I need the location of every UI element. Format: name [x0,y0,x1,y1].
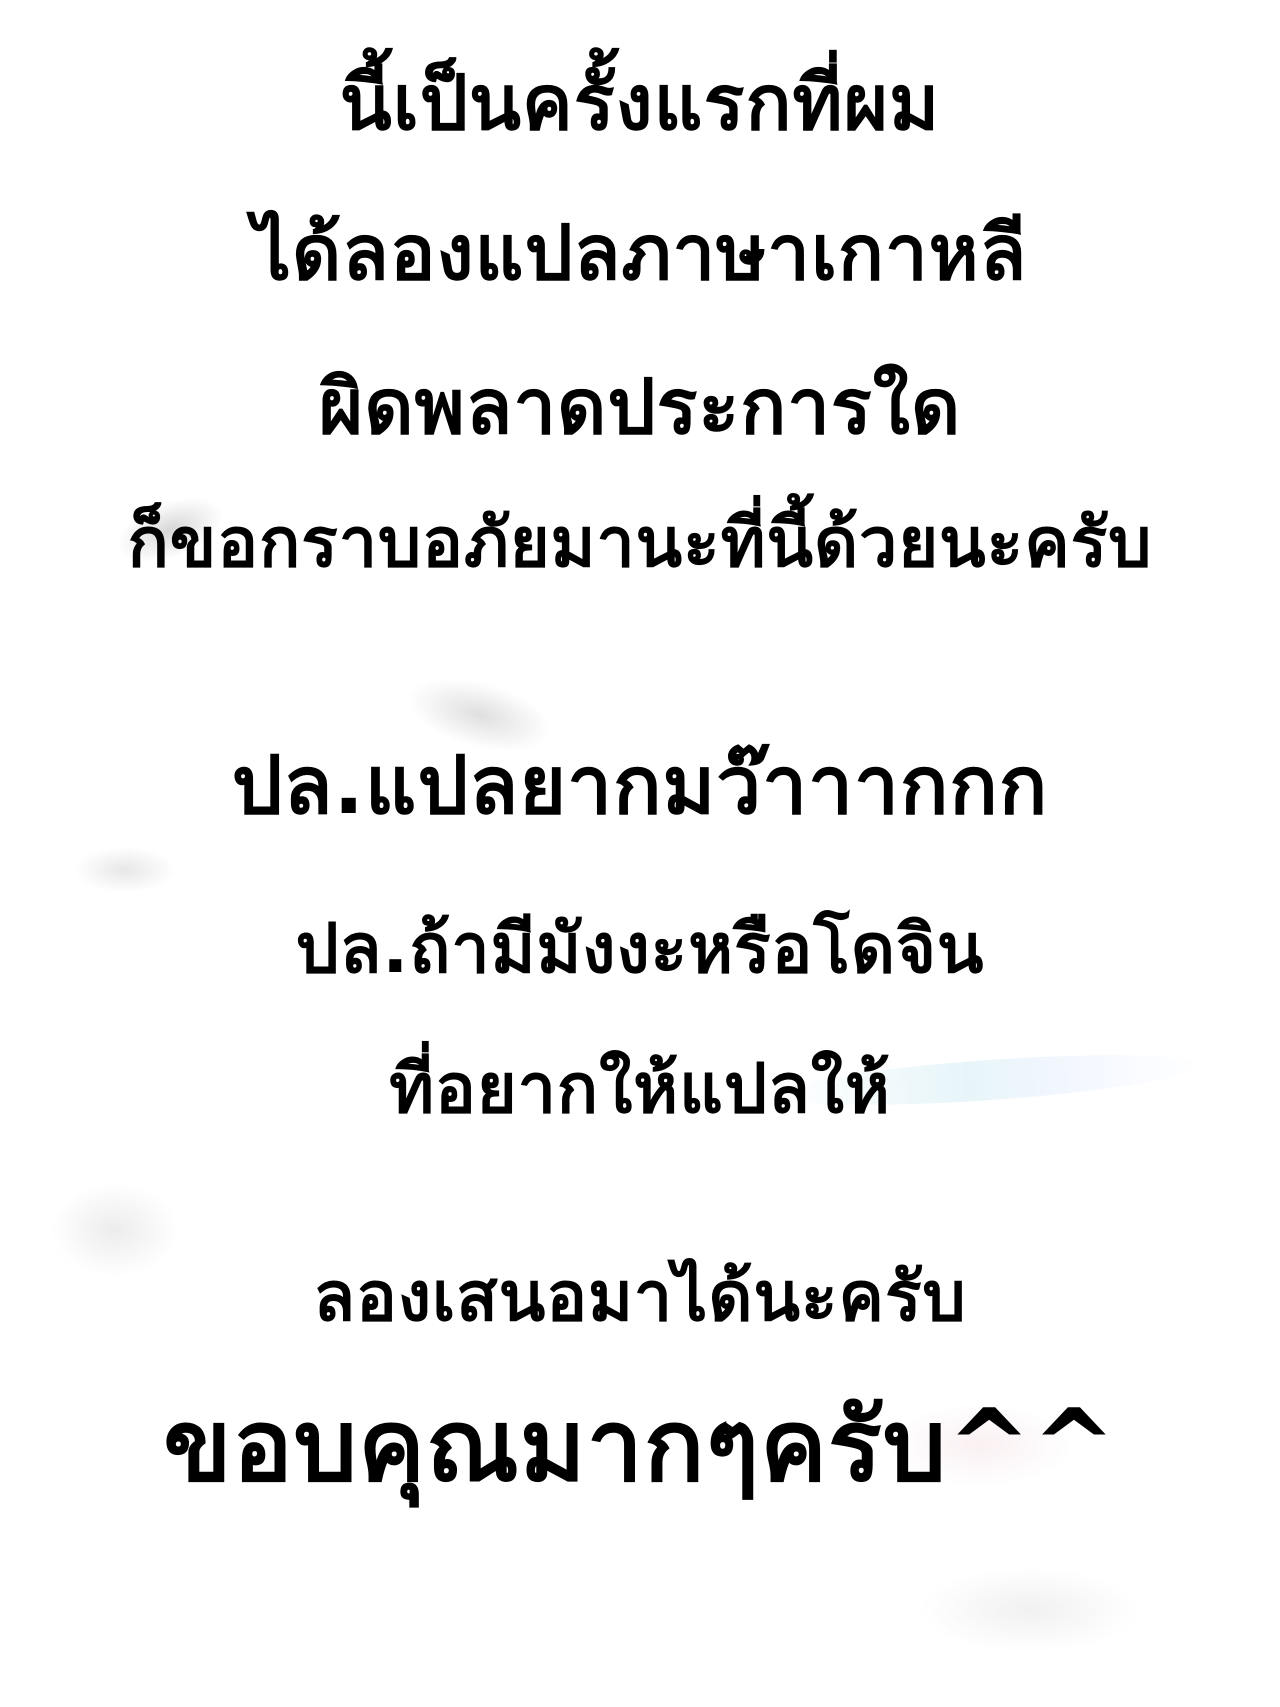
note-line-1: นี้เป็นครั้งแรกที่ผม [0,52,1280,155]
note-line-6-postscript: ปล.ถ้ามีมังงะหรือโดจิน [0,904,1280,996]
note-line-7: ที่อยากให้แปลให้ [0,1044,1280,1136]
note-line-2: ได้ลองแปลภาษาเกาหลี [0,202,1280,305]
note-line-9-thanks: ขอบคุณมากๆครับ^^ [0,1378,1280,1513]
note-line-8: ลองเสนอมาได้นะครับ [0,1252,1280,1344]
note-line-3: ผิดพลาดประการใด [0,356,1280,459]
scan-smudge [900,1560,1160,1660]
translator-note-page: นี้เป็นครั้งแรกที่ผม ได้ลองแปลภาษาเกาหลี… [0,0,1280,1707]
scan-smudge [70,845,180,895]
note-line-4: ก็ขอกราบอภัยมานะที่นี้ด้วยนะครับ [0,498,1280,590]
note-line-5-postscript: ปล.แปลยากมว๊าาากกก [0,732,1280,840]
